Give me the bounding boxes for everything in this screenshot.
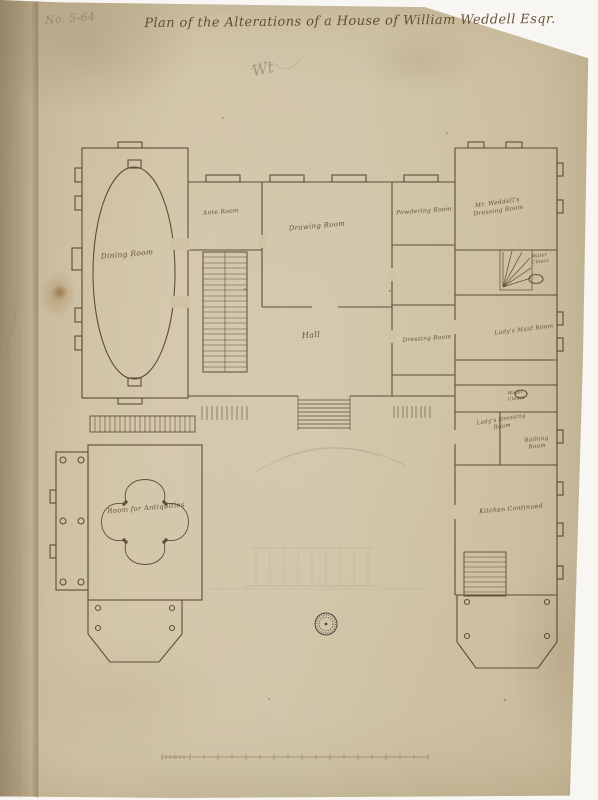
drawing-sheet [0,0,590,798]
sheet-left-edge-strip [0,0,38,800]
